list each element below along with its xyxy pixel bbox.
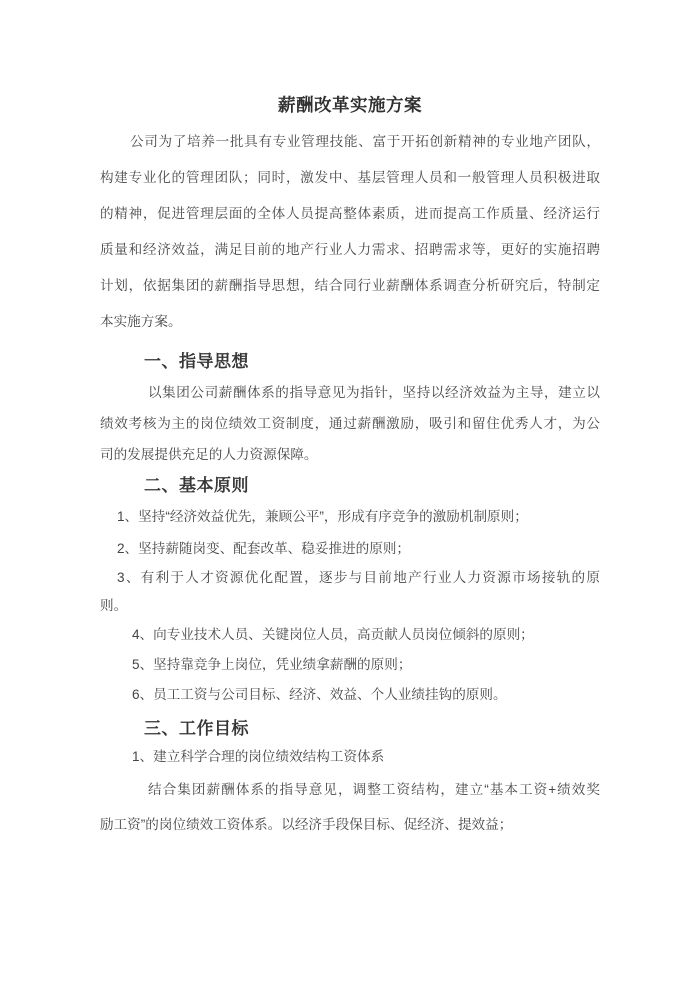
section-3-paragraph: 结合集团薪酬体系的指导意见，调整工资结构，建立“基本工资+绩效奖 励工资”的岗位… [100,772,600,842]
paragraph-line: 励工资”的岗位绩效工资体系。以经济手段保目标、促经济、提效益； [100,807,600,842]
list-item: 4、向专业技术人员、关键岗位人员，高贡献人员岗位倾斜的原则； [100,620,600,650]
list-item-line: 则。 [100,592,600,620]
document-page: 薪酬改革实施方案 公司为了培养一批具有专业管理技能、富于开拓创新精神的专业地产团… [0,0,700,990]
paragraph-line: 司的发展提供充足的人力资源保障。 [100,439,600,470]
paragraph-line: 结合集团薪酬体系的指导意见，调整工资结构，建立“基本工资+绩效奖 [100,772,600,807]
list-item: 3、有利于人才资源优化配置，逐步与目前地产行业人力资源市场接轨的原 则。 [100,564,600,620]
list-item: 6、员工工资与公司目标、经济、效益、个人业绩挂钩的原则。 [100,680,600,710]
paragraph-line: 质量和经济效益，满足目前的地产行业人力需求、招聘需求等，更好的实施招聘 [100,232,600,268]
section-1-heading: 一、指导思想 [100,347,600,377]
paragraph-line: 的精神，促进管理层面的全体人员提高整体素质，进而提高工作质量、经济运行 [100,196,600,232]
list-item: 1、坚持“经济效益优先，兼顾公平”，形成有序竞争的激励机制原则； [100,502,600,532]
intro-paragraph: 公司为了培养一批具有专业管理技能、富于开拓创新精神的专业地产团队， 构建专业化的… [100,124,600,340]
section-2-list: 1、坚持“经济效益优先，兼顾公平”，形成有序竞争的激励机制原则； 2、坚持薪随岗… [100,502,600,710]
section-2-heading: 二、基本原则 [100,471,600,501]
paragraph-line: 本实施方案。 [100,304,600,340]
list-item-line: 3、有利于人才资源优化配置，逐步与目前地产行业人力资源市场接轨的原 [100,564,600,592]
section-3-content: 1、建立科学合理的岗位绩效结构工资体系 结合集团薪酬体系的指导意见，调整工资结构… [100,742,600,842]
list-item: 2、坚持薪随岗变、配套改革、稳妥推进的原则； [100,534,600,564]
list-item: 1、建立科学合理的岗位绩效结构工资体系 [100,742,600,772]
paragraph-line: 以集团公司薪酬体系的指导意见为指针，坚持以经济效益为主导，建立以 [100,377,600,408]
section-1-paragraph: 以集团公司薪酬体系的指导意见为指针，坚持以经济效益为主导，建立以 绩效考核为主的… [100,377,600,470]
paragraph-line: 计划，依据集团的薪酬指导思想，结合同行业薪酬体系调查分析研究后，特制定 [100,268,600,304]
list-item: 5、坚持靠竞争上岗位，凭业绩拿薪酬的原则； [100,650,600,680]
paragraph-line: 绩效考核为主的岗位绩效工资制度，通过薪酬激励，吸引和留住优秀人才，为公 [100,408,600,439]
document-title: 薪酬改革实施方案 [100,92,600,118]
paragraph-line: 构建专业化的管理团队；同时，激发中、基层管理人员和一般管理人员积极进取 [100,160,600,196]
section-3-heading: 三、工作目标 [100,716,600,742]
paragraph-line: 公司为了培养一批具有专业管理技能、富于开拓创新精神的专业地产团队， [100,124,600,160]
